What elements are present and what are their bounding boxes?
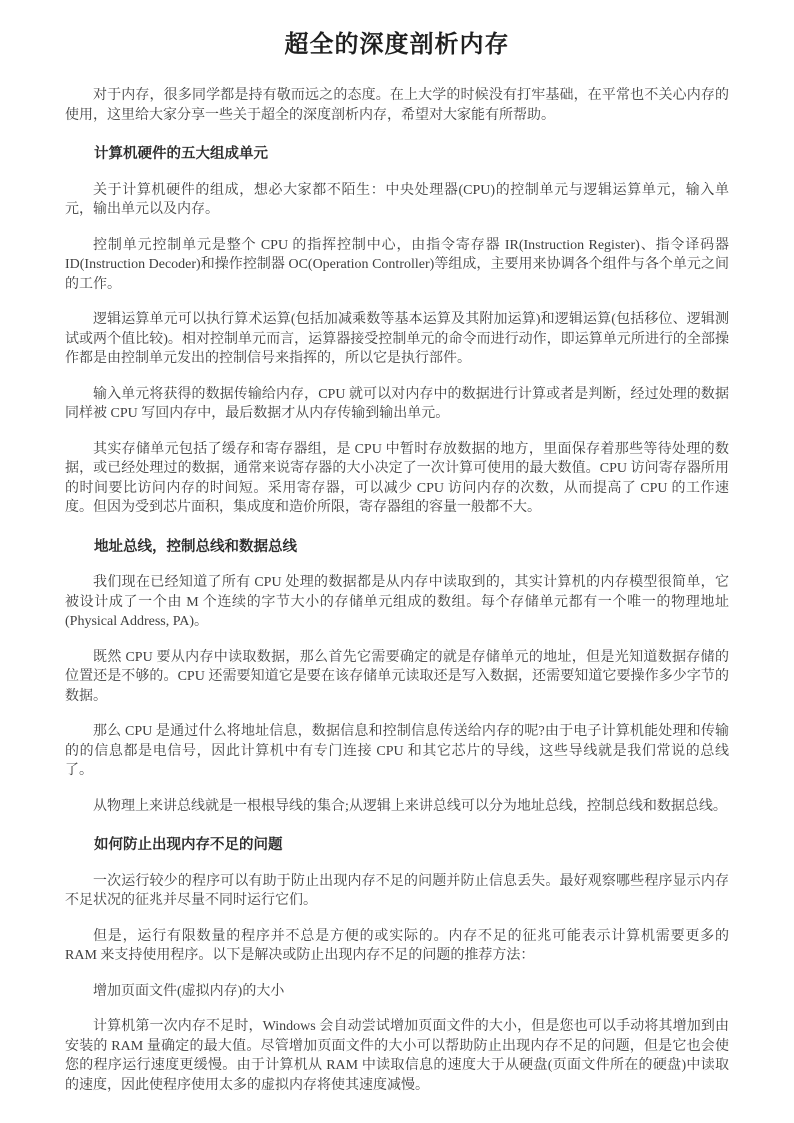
paragraph: 既然 CPU 要从内存中读取数据，那么首先它需要确定的就是存储单元的地址，但是光… [65, 648, 729, 707]
paragraph: 控制单元控制单元是整个 CPU 的指挥控制中心，由指令寄存器 IR(Instru… [65, 236, 729, 295]
section-heading-buses: 地址总线，控制总线和数据总线 [65, 538, 729, 558]
section-heading-hardware-units: 计算机硬件的五大组成单元 [65, 145, 729, 165]
document-page: 超全的深度剖析内存 对于内存，很多同学都是持有敬而远之的态度。在上大学的时候没有… [0, 0, 794, 1123]
paragraph: 一次运行较少的程序可以有助于防止出现内存不足的问题并防止信息丢失。最好观察哪些程… [65, 872, 729, 911]
section-heading-prevent-low-memory: 如何防止出现内存不足的问题 [65, 836, 729, 856]
paragraph-pagefile-tip: 增加页面文件(虚拟内存)的大小 [65, 982, 729, 1002]
paragraph: 输入单元将获得的数据传输给内存，CPU 就可以对内存中的数据进行计算或者是判断，… [65, 385, 729, 424]
document-title: 超全的深度剖析内存 [65, 30, 729, 60]
paragraph-intro: 对于内存，很多同学都是持有敬而远之的态度。在上大学的时候没有打牢基础，在平常也不… [65, 86, 729, 125]
paragraph: 计算机第一次内存不足时，Windows 会自动尝试增加页面文件的大小，但是您也可… [65, 1017, 729, 1095]
paragraph: 但是，运行有限数量的程序并不总是方便的或实际的。内存不足的征兆可能表示计算机需要… [65, 927, 729, 966]
paragraph: 其实存储单元包括了缓存和寄存器组，是 CPU 中暂时存放数据的地方，里面保存着那… [65, 440, 729, 518]
paragraph: 我们现在已经知道了所有 CPU 处理的数据都是从内存中读取到的，其实计算机的内存… [65, 573, 729, 632]
paragraph: 从物理上来讲总线就是一根根导线的集合;从逻辑上来讲总线可以分为地址总线，控制总线… [65, 797, 729, 817]
paragraph: 逻辑运算单元可以执行算术运算(包括加减乘数等基本运算及其附加运算)和逻辑运算(包… [65, 310, 729, 369]
paragraph: 那么 CPU 是通过什么将地址信息，数据信息和控制信息传送给内存的呢?由于电子计… [65, 722, 729, 781]
paragraph: 关于计算机硬件的组成，想必大家都不陌生：中央处理器(CPU)的控制单元与逻辑运算… [65, 181, 729, 220]
